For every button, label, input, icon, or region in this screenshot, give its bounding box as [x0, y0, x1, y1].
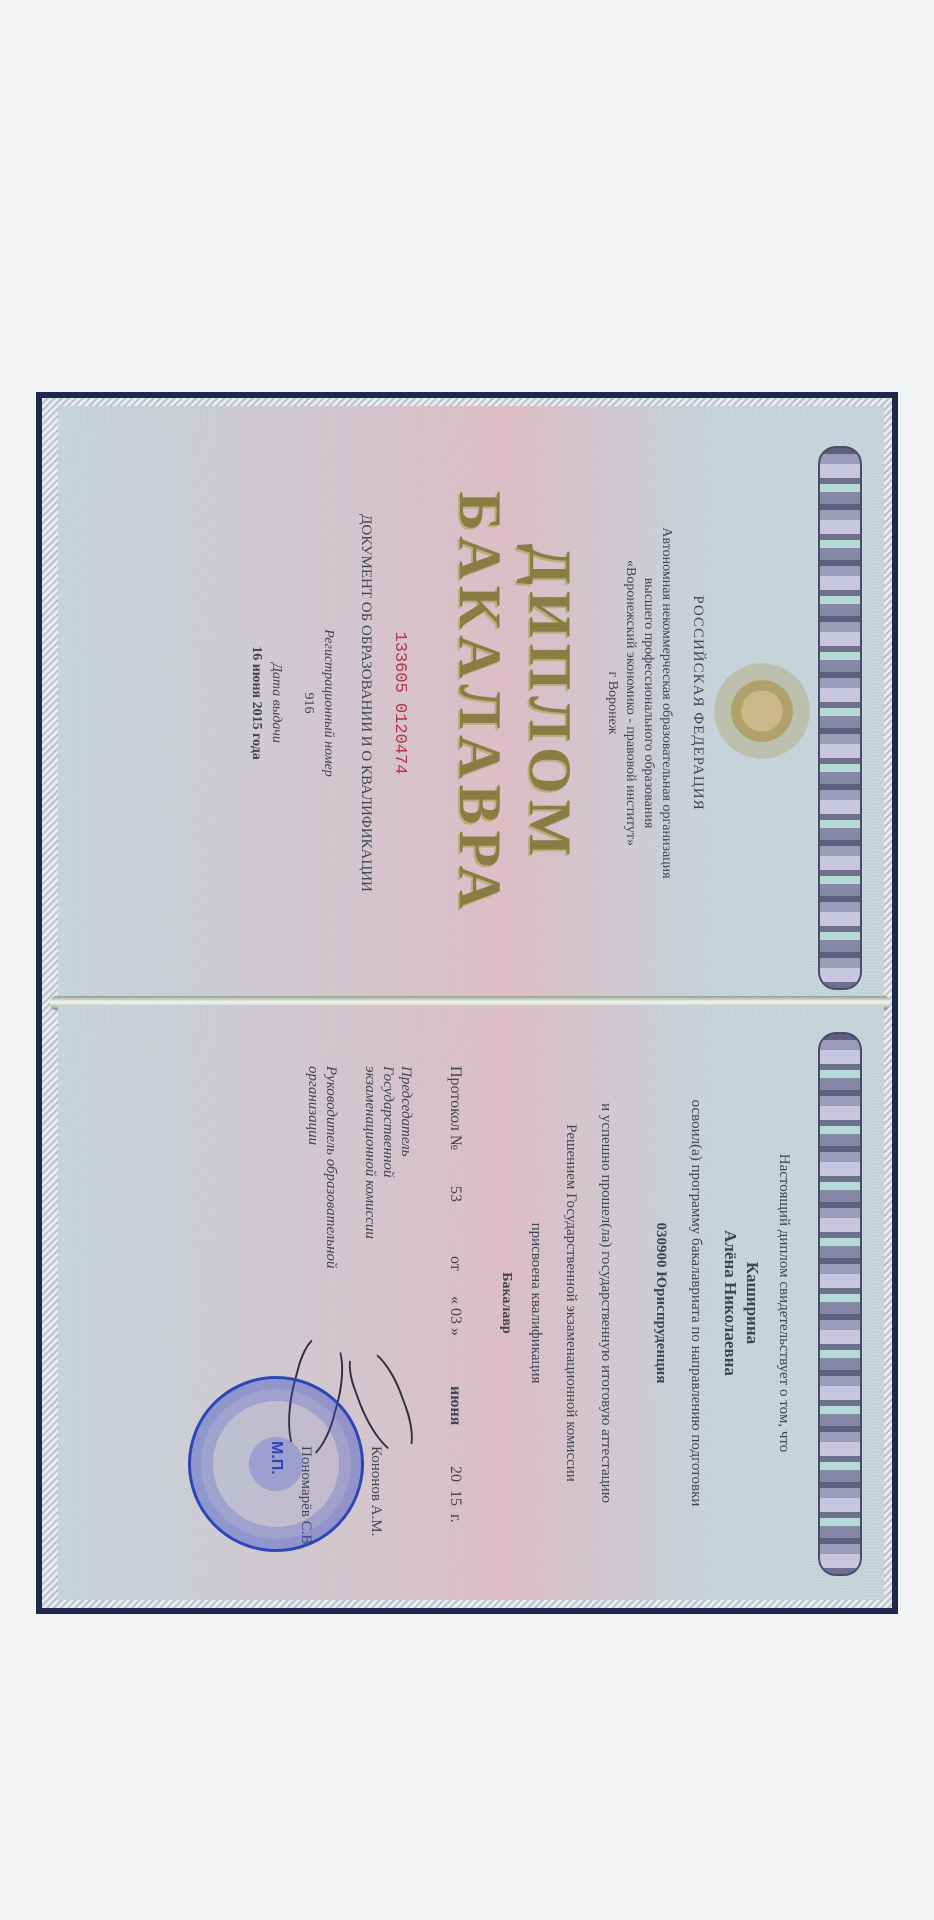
- serial-number: 133605 0120474: [390, 406, 409, 1000]
- protocol-year-suffix: 15: [446, 1490, 464, 1506]
- issue-date: 16 июня 2015 года: [248, 406, 264, 1000]
- diploma-sheet: РОССИЙСКАЯ ФЕДЕРАЦИЯ Автономная некоммер…: [36, 392, 898, 1614]
- security-band: [818, 446, 862, 990]
- chair-name: Кононов А.М.: [367, 1446, 384, 1536]
- program-name: 030900 Юриспруденция: [652, 1006, 669, 1600]
- document-type: ДОКУМЕНТ ОБ ОБРАЗОВАНИИ И О КВАЛИФИКАЦИИ: [357, 406, 374, 1000]
- protocol-number: 53: [446, 1186, 464, 1202]
- left-page: РОССИЙСКАЯ ФЕДЕРАЦИЯ Автономная некоммер…: [58, 406, 884, 1000]
- reg-number: 916: [300, 406, 316, 1000]
- coat-of-arms-icon: [714, 663, 810, 759]
- protocol-label: Протокол №: [446, 1066, 464, 1150]
- institution-line-3: «Воронежский экономико - правовой инстит…: [622, 406, 638, 1000]
- attestation-line: и успешно прошел(ла) государственную ито…: [597, 1006, 614, 1600]
- right-page: Настоящий диплом свидетельствует о том, …: [58, 1006, 884, 1600]
- official-stamp: М.П.: [188, 1376, 364, 1552]
- protocol-from: от: [446, 1256, 464, 1271]
- issue-date-label: Дата выдачи: [268, 406, 284, 1000]
- security-band: [818, 1032, 862, 1576]
- head-label-2: организации: [304, 1066, 321, 1145]
- stamp-mark: М.П.: [267, 1441, 285, 1475]
- protocol-day: « 03 »: [446, 1296, 464, 1336]
- reg-number-label: Регистрационный номер: [320, 406, 336, 1000]
- head-label-1: Руководитель образовательной: [322, 1066, 339, 1269]
- institution-city: г Воронеж: [604, 406, 620, 1000]
- institution-line-2: высшего профессионального образования: [640, 406, 656, 1000]
- graduate-given-names: Алёна Николаевна: [720, 1006, 740, 1600]
- country-name: РОССИЙСКАЯ ФЕДЕРАЦИЯ: [689, 406, 706, 1000]
- qualification: Бакалавр: [498, 1006, 514, 1600]
- intro-text: Настоящий диплом свидетельствует о том, …: [775, 1006, 792, 1600]
- protocol-year-prefix: 20: [446, 1466, 464, 1482]
- decision-line: Решением Государственной экзаменационной…: [562, 1006, 579, 1600]
- protocol-year-unit: г.: [446, 1514, 464, 1523]
- diploma-scan: РОССИЙСКАЯ ФЕДЕРАЦИЯ Автономная некоммер…: [36, 392, 898, 1614]
- protocol-month: июня: [446, 1386, 464, 1425]
- chair-label-3: экзаменационной комиссии: [361, 1066, 378, 1239]
- program-line: освоил(а) программу бакалавриата по напр…: [687, 1006, 704, 1600]
- chair-label-2: Государственной: [379, 1066, 396, 1178]
- chair-label-1: Председатель: [397, 1066, 414, 1157]
- diploma-subtitle: БАКАЛАВРА: [445, 406, 514, 1000]
- diploma-title: ДИПЛОМ: [515, 406, 584, 1000]
- institution-line-1: Автономная некоммерческая образовательна…: [658, 406, 674, 1000]
- qualification-line: присвоена квалификация: [527, 1006, 544, 1600]
- graduate-surname: Каширина: [742, 1006, 762, 1600]
